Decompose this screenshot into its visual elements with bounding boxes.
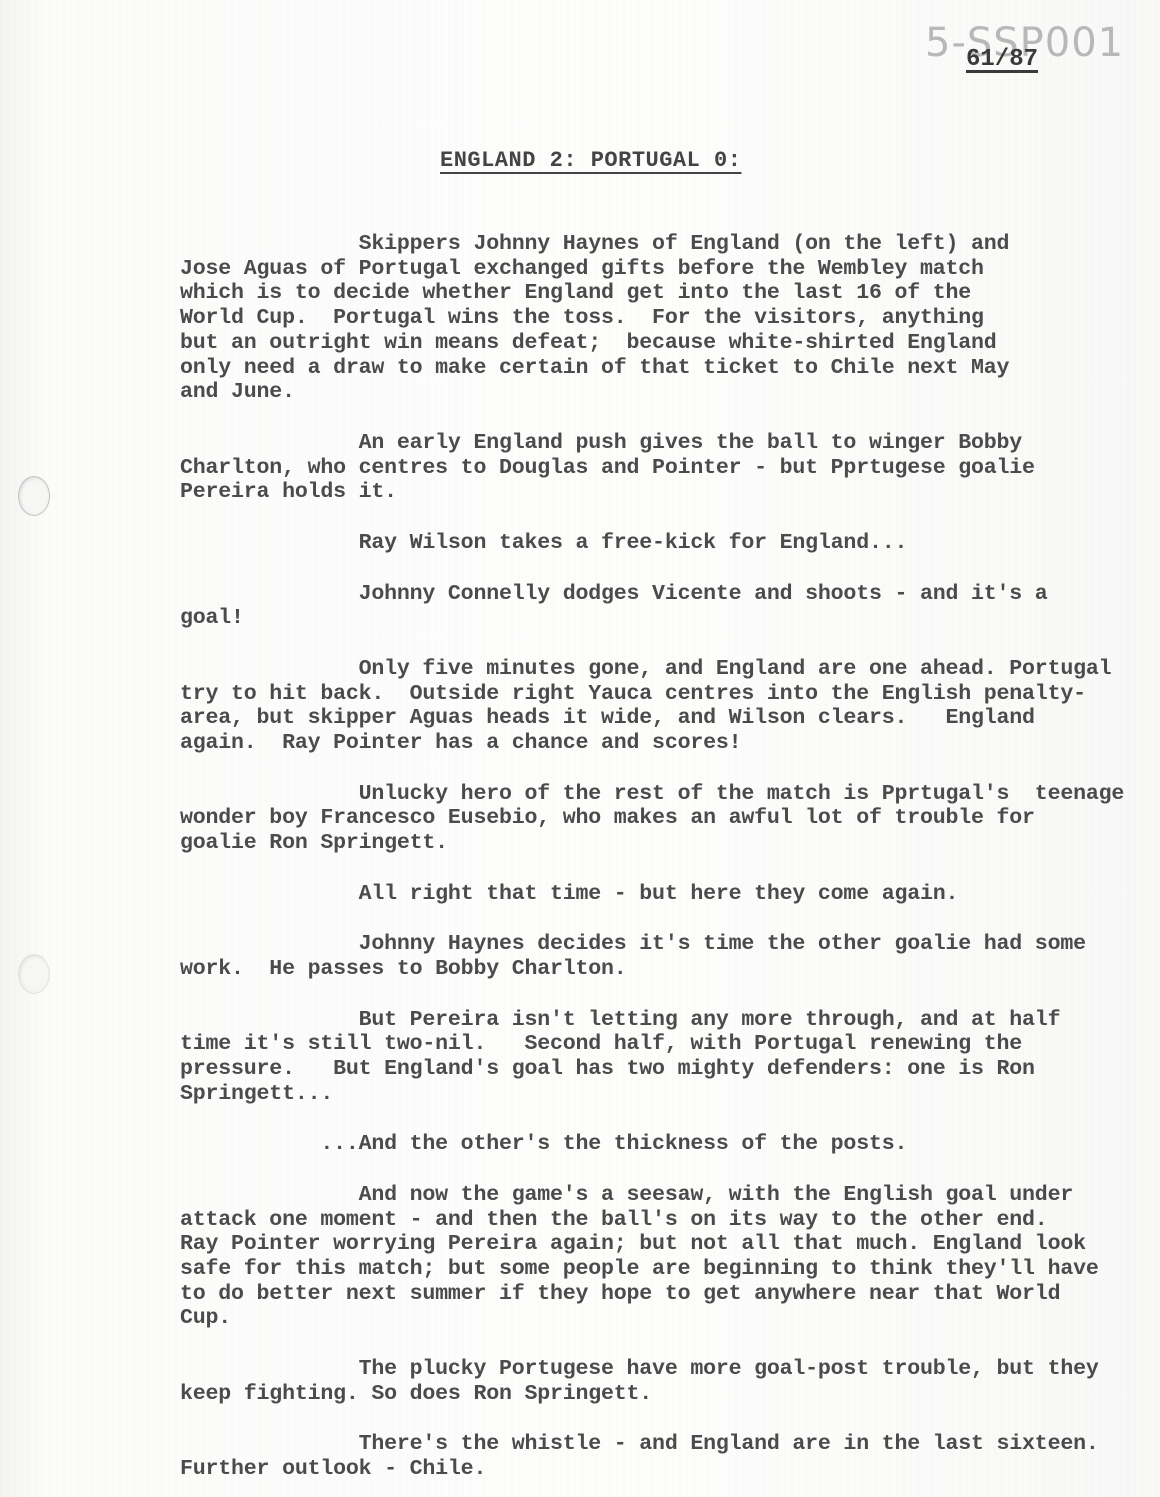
- paragraph: Only five minutes gone, and England are …: [180, 657, 1080, 756]
- text-line: But Pereira isn't letting any more throu…: [180, 1008, 1080, 1033]
- paragraph: Johnny Haynes decides it's time the othe…: [180, 932, 1080, 981]
- text-line: goalie Ron Springett.: [180, 831, 1080, 856]
- text-line: Ray Wilson takes a free-kick for England…: [180, 531, 1080, 556]
- text-line: goal!: [180, 606, 1080, 631]
- text-line: Further outlook - Chile.: [180, 1457, 1080, 1482]
- paragraph: Unlucky hero of the rest of the match is…: [180, 782, 1080, 856]
- script-body: Skippers Johnny Haynes of England (on th…: [180, 232, 1080, 1482]
- paragraph: An early England push gives the ball to …: [180, 431, 1080, 505]
- text-line: try to hit back. Outside right Yauca cen…: [180, 682, 1080, 707]
- text-line: attack one moment - and then the ball's …: [180, 1208, 1080, 1233]
- text-line: keep fighting. So does Ron Springett.: [180, 1382, 1080, 1407]
- text-line: Unlucky hero of the rest of the match is…: [180, 782, 1080, 807]
- text-line: Johnny Connelly dodges Vicente and shoot…: [180, 582, 1080, 607]
- text-line: Only five minutes gone, and England are …: [180, 657, 1080, 682]
- page-number: 61/87: [966, 46, 1038, 73]
- text-line: An early England push gives the ball to …: [180, 431, 1080, 456]
- paragraph: ...And the other's the thickness of the …: [180, 1132, 1080, 1157]
- text-line: Springett...: [180, 1082, 1080, 1107]
- document-page: 5-SSP001 61/87 ENGLAND 2: PORTUGAL 0: Sk…: [0, 0, 1160, 1497]
- text-line: to do better next summer if they hope to…: [180, 1282, 1080, 1307]
- text-line: and June.: [180, 380, 1080, 405]
- text-line: Skippers Johnny Haynes of England (on th…: [180, 232, 1080, 257]
- text-line: There's the whistle - and England are in…: [180, 1432, 1080, 1457]
- text-line: only need a draw to make certain of that…: [180, 356, 1080, 381]
- text-line: The plucky Portugese have more goal-post…: [180, 1357, 1080, 1382]
- hole-punch-icon: [18, 476, 50, 516]
- text-line: work. He passes to Bobby Charlton.: [180, 957, 1080, 982]
- text-line: pressure. But England's goal has two mig…: [180, 1057, 1080, 1082]
- text-line: Cup.: [180, 1306, 1080, 1331]
- text-line: And now the game's a seesaw, with the En…: [180, 1183, 1080, 1208]
- paragraph: But Pereira isn't letting any more throu…: [180, 1008, 1080, 1107]
- text-line: Ray Pointer worrying Pereira again; but …: [180, 1232, 1080, 1257]
- paragraph: Skippers Johnny Haynes of England (on th…: [180, 232, 1080, 405]
- paragraph: All right that time - but here they come…: [180, 882, 1080, 907]
- text-line: All right that time - but here they come…: [180, 882, 1080, 907]
- text-line: wonder boy Francesco Eusebio, who makes …: [180, 806, 1080, 831]
- hole-punch-icon: [18, 954, 50, 994]
- paragraph: The plucky Portugese have more goal-post…: [180, 1357, 1080, 1406]
- paragraph: Johnny Connelly dodges Vicente and shoot…: [180, 582, 1080, 631]
- paragraph: Ray Wilson takes a free-kick for England…: [180, 531, 1080, 556]
- paragraph: And now the game's a seesaw, with the En…: [180, 1183, 1080, 1331]
- text-line: Johnny Haynes decides it's time the othe…: [180, 932, 1080, 957]
- text-line: Pereira holds it.: [180, 480, 1080, 505]
- text-line: Charlton, who centres to Douglas and Poi…: [180, 456, 1080, 481]
- text-line: World Cup. Portugal wins the toss. For t…: [180, 306, 1080, 331]
- text-line: Jose Aguas of Portugal exchanged gifts b…: [180, 257, 1080, 282]
- text-line: safe for this match; but some people are…: [180, 1257, 1080, 1282]
- text-line: but an outright win means defeat; becaus…: [180, 331, 1080, 356]
- text-line: which is to decide whether England get i…: [180, 281, 1080, 306]
- text-line: ...And the other's the thickness of the …: [180, 1132, 1080, 1157]
- text-line: again. Ray Pointer has a chance and scor…: [180, 731, 1080, 756]
- page-title: ENGLAND 2: PORTUGAL 0:: [440, 148, 741, 173]
- text-line: area, but skipper Aguas heads it wide, a…: [180, 706, 1080, 731]
- text-line: time it's still two-nil. Second half, wi…: [180, 1032, 1080, 1057]
- paragraph: There's the whistle - and England are in…: [180, 1432, 1080, 1481]
